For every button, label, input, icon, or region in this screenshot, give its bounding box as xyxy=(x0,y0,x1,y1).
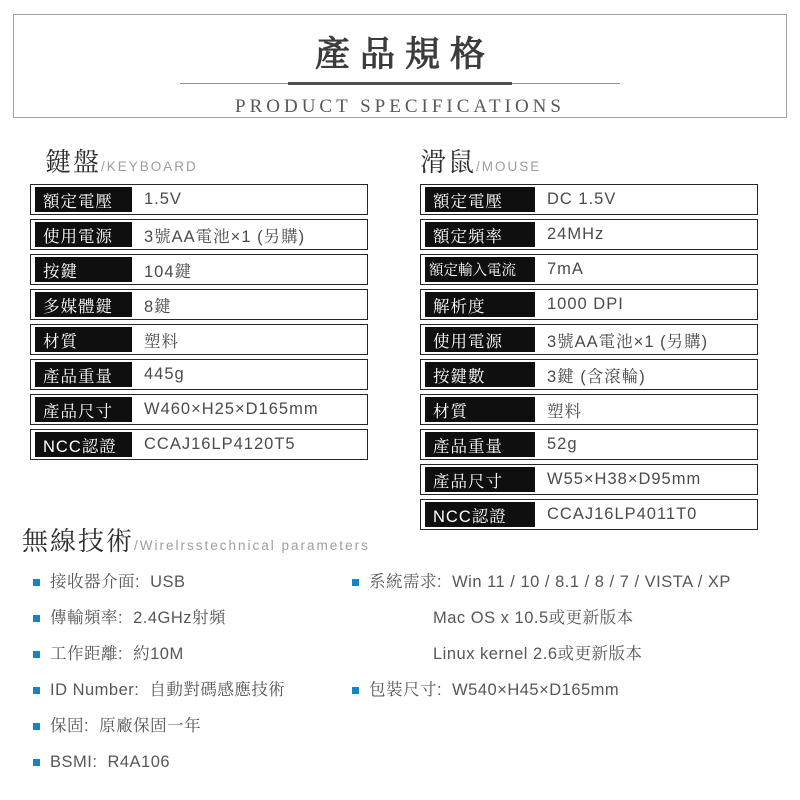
spec-value: 塑料 xyxy=(535,397,582,422)
item-value: 自動對碼感應技術 xyxy=(149,681,285,699)
bullet-square-icon xyxy=(33,723,40,730)
spec-label: 產品尺寸 xyxy=(35,397,132,422)
item-value: W540×H45×D165mm xyxy=(452,681,619,699)
spec-label: 多媒體鍵 xyxy=(35,292,132,317)
underline-thick-rule xyxy=(288,82,512,85)
item-continuation-line: Linux kernel 2.6或更新版本 xyxy=(352,644,778,665)
spec-value: 24MHz xyxy=(535,222,604,247)
bullet-square-icon xyxy=(33,615,40,622)
table-row: 產品尺寸W55×H38×D95mm xyxy=(420,464,758,495)
list-item: 接收器介面:USB xyxy=(33,572,352,593)
item-label: 工作距離: xyxy=(50,645,123,663)
spec-value: DC 1.5V xyxy=(535,187,616,212)
keyboard-section-heading: 鍵盤/KEYBOARD xyxy=(30,142,368,179)
list-item: 傳輸頻率:2.4GHz射頻 xyxy=(33,608,352,629)
table-row: 額定頻率24MHz xyxy=(420,219,758,250)
spec-label: 按鍵 xyxy=(35,257,132,282)
page-title: 產品規格 xyxy=(14,27,786,77)
list-item: 系統需求:Win 11 / 10 / 8.1 / 8 / 7 / VISTA /… xyxy=(352,572,778,593)
table-row: 產品尺寸W460×H25×D165mm xyxy=(30,394,368,425)
spec-value: W460×H25×D165mm xyxy=(132,397,319,422)
table-row: 額定電壓1.5V xyxy=(30,184,368,215)
table-row: 產品重量445g xyxy=(30,359,368,390)
table-row: 材質塑料 xyxy=(30,324,368,355)
wireless-columns: 接收器介面:USB 傳輸頻率:2.4GHz射頻 工作距離:約10M ID Num… xyxy=(22,572,778,788)
wireless-section-heading: 無線技術/Wirelrsstechnical parameters xyxy=(22,521,778,558)
spec-label: 額定頻率 xyxy=(425,222,535,247)
spec-label: 材質 xyxy=(35,327,132,352)
table-row: 解析度1000 DPI xyxy=(420,289,758,320)
item-label: 接收器介面: xyxy=(50,573,140,591)
mouse-section: 滑鼠/MOUSE 額定電壓DC 1.5V 額定頻率24MHz 額定輸入電流7mA… xyxy=(420,142,758,534)
spec-label: 產品重量 xyxy=(35,362,132,387)
spec-label: 額定電壓 xyxy=(35,187,132,212)
list-item: 工作距離:約10M xyxy=(33,644,352,665)
spec-value: W55×H38×D95mm xyxy=(535,467,701,492)
spec-value: 3鍵 (含滾輪) xyxy=(535,362,646,387)
wireless-title-zh: 無線技術 xyxy=(22,526,134,556)
table-row: 按鍵104鍵 xyxy=(30,254,368,285)
list-item: 包裝尺寸:W540×H45×D165mm xyxy=(352,680,778,701)
product-spec-sheet: 產品規格 PRODUCT SPECIFICATIONS 鍵盤/KEYBOARD … xyxy=(0,0,800,800)
title-underline xyxy=(180,82,620,85)
item-label: 傳輸頻率: xyxy=(50,609,123,627)
item-label: ID Number: xyxy=(50,681,139,699)
item-value: 2.4GHz射頻 xyxy=(133,609,226,627)
item-label: BSMI: xyxy=(50,753,97,771)
spec-label: 產品重量 xyxy=(425,432,535,457)
spec-value: 3號AA電池×1 (另購) xyxy=(535,327,708,352)
mouse-title-en: /MOUSE xyxy=(476,159,541,174)
list-item: ID Number:自動對碼感應技術 xyxy=(33,680,352,701)
table-row: 材質塑料 xyxy=(420,394,758,425)
table-row: 額定輸入電流7mA xyxy=(420,254,758,285)
table-row: NCC認證CCAJ16LP4120T5 xyxy=(30,429,368,460)
spec-value: 塑料 xyxy=(132,327,179,352)
item-value: Win 11 / 10 / 8.1 / 8 / 7 / VISTA / XP xyxy=(452,573,731,591)
item-continuation-line: Mac OS x 10.5或更新版本 xyxy=(352,608,778,629)
table-row: 額定電壓DC 1.5V xyxy=(420,184,758,215)
wireless-left-column: 接收器介面:USB 傳輸頻率:2.4GHz射頻 工作距離:約10M ID Num… xyxy=(22,572,352,788)
spec-label: 額定電壓 xyxy=(425,187,535,212)
item-value: 約10M xyxy=(133,645,184,663)
item-label: 保固: xyxy=(50,717,89,735)
spec-value: 52g xyxy=(535,432,578,457)
bullet-square-icon xyxy=(33,579,40,586)
spec-label: 使用電源 xyxy=(35,222,132,247)
spec-label: NCC認證 xyxy=(35,432,132,457)
item-value: 原廠保固一年 xyxy=(99,717,201,735)
item-label: 系統需求: xyxy=(369,573,442,591)
spec-label: 材質 xyxy=(425,397,535,422)
list-item: BSMI:R4A106 xyxy=(33,752,352,773)
title-box: 產品規格 PRODUCT SPECIFICATIONS xyxy=(13,14,787,118)
table-row: 使用電源3號AA電池×1 (另購) xyxy=(420,324,758,355)
spec-value: 1.5V xyxy=(132,187,182,212)
mouse-section-heading: 滑鼠/MOUSE xyxy=(420,142,758,179)
spec-value: 1000 DPI xyxy=(535,292,624,317)
bullet-square-icon xyxy=(33,759,40,766)
page-subtitle: PRODUCT SPECIFICATIONS xyxy=(14,96,786,118)
bullet-square-icon xyxy=(33,651,40,658)
spec-value: 445g xyxy=(132,362,185,387)
keyboard-title-en: /KEYBOARD xyxy=(101,159,198,174)
spec-value: 8鍵 xyxy=(132,292,172,317)
table-row: 產品重量52g xyxy=(420,429,758,460)
item-value: USB xyxy=(150,573,185,591)
bullet-square-icon xyxy=(33,687,40,694)
keyboard-section: 鍵盤/KEYBOARD 額定電壓1.5V 使用電源3號AA電池×1 (另購) 按… xyxy=(30,142,368,464)
table-row: 使用電源3號AA電池×1 (另購) xyxy=(30,219,368,250)
table-row: 按鍵數3鍵 (含滾輪) xyxy=(420,359,758,390)
spec-label: 產品尺寸 xyxy=(425,467,535,492)
bullet-square-icon xyxy=(352,687,359,694)
item-label: 包裝尺寸: xyxy=(369,681,442,699)
wireless-section: 無線技術/Wirelrsstechnical parameters 接收器介面:… xyxy=(22,521,778,788)
spec-value: CCAJ16LP4120T5 xyxy=(132,432,296,457)
mouse-title-zh: 滑鼠 xyxy=(420,147,476,177)
spec-label: 使用電源 xyxy=(425,327,535,352)
table-row: 多媒體鍵8鍵 xyxy=(30,289,368,320)
spec-value: 7mA xyxy=(535,257,584,282)
spec-label: 按鍵數 xyxy=(425,362,535,387)
wireless-right-column: 系統需求:Win 11 / 10 / 8.1 / 8 / 7 / VISTA /… xyxy=(352,572,778,788)
spec-value: 3號AA電池×1 (另購) xyxy=(132,222,305,247)
item-value: R4A106 xyxy=(107,753,170,771)
wireless-title-en: /Wirelrsstechnical parameters xyxy=(134,538,370,553)
spec-label: 解析度 xyxy=(425,292,535,317)
list-item: 保固:原廠保固一年 xyxy=(33,716,352,737)
bullet-square-icon xyxy=(352,579,359,586)
keyboard-title-zh: 鍵盤 xyxy=(45,147,101,177)
spec-value: 104鍵 xyxy=(132,257,192,282)
spec-label: 額定輸入電流 xyxy=(425,257,535,282)
